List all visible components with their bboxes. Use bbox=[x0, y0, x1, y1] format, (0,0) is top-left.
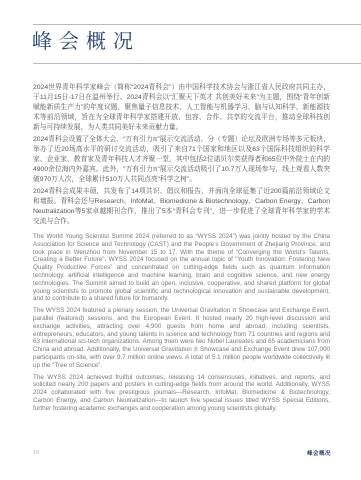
zh-paragraph-1: 2024世界青年科学家峰会（简称“2024青科会”）由中国科学技术协会与浙江省人… bbox=[33, 83, 330, 133]
zh-paragraph-3: 2024青科会成果丰硕，共发布了14项共识、倡议和报告，并面向全球征集了近200… bbox=[33, 187, 330, 227]
en-paragraph-2: The WYSS 2024 featured a plenary session… bbox=[33, 307, 330, 369]
zh-paragraph-2: 2024青科会设置了全体大会、“万有引力π”展示交流活动、分（专题）论坛及欧洲专… bbox=[33, 135, 330, 185]
chinese-summary-section: 2024世界青年科学家峰会（简称“2024青科会”）由中国科学技术协会与浙江省人… bbox=[33, 83, 330, 229]
en-paragraph-3: The WYSS 2024 achieved fruitful outcomes… bbox=[33, 374, 330, 413]
en-paragraph-1: The World Young Scientist Summit 2024 (r… bbox=[33, 233, 330, 303]
page-footer: 10 峰会概况 bbox=[33, 449, 331, 457]
page-title: 峰会概况 bbox=[32, 31, 140, 54]
footer-section-label: 峰会概况 bbox=[307, 449, 331, 457]
header-top-rule bbox=[33, 24, 361, 25]
report-page: 峰会概况 2024世界青年科学家峰会（简称“2024青科会”）由中国科学技术协会… bbox=[0, 0, 361, 480]
english-summary-section: The World Young Scientist Summit 2024 (r… bbox=[33, 233, 330, 417]
header-bottom-rule bbox=[33, 63, 361, 64]
page-number: 10 bbox=[33, 450, 39, 456]
